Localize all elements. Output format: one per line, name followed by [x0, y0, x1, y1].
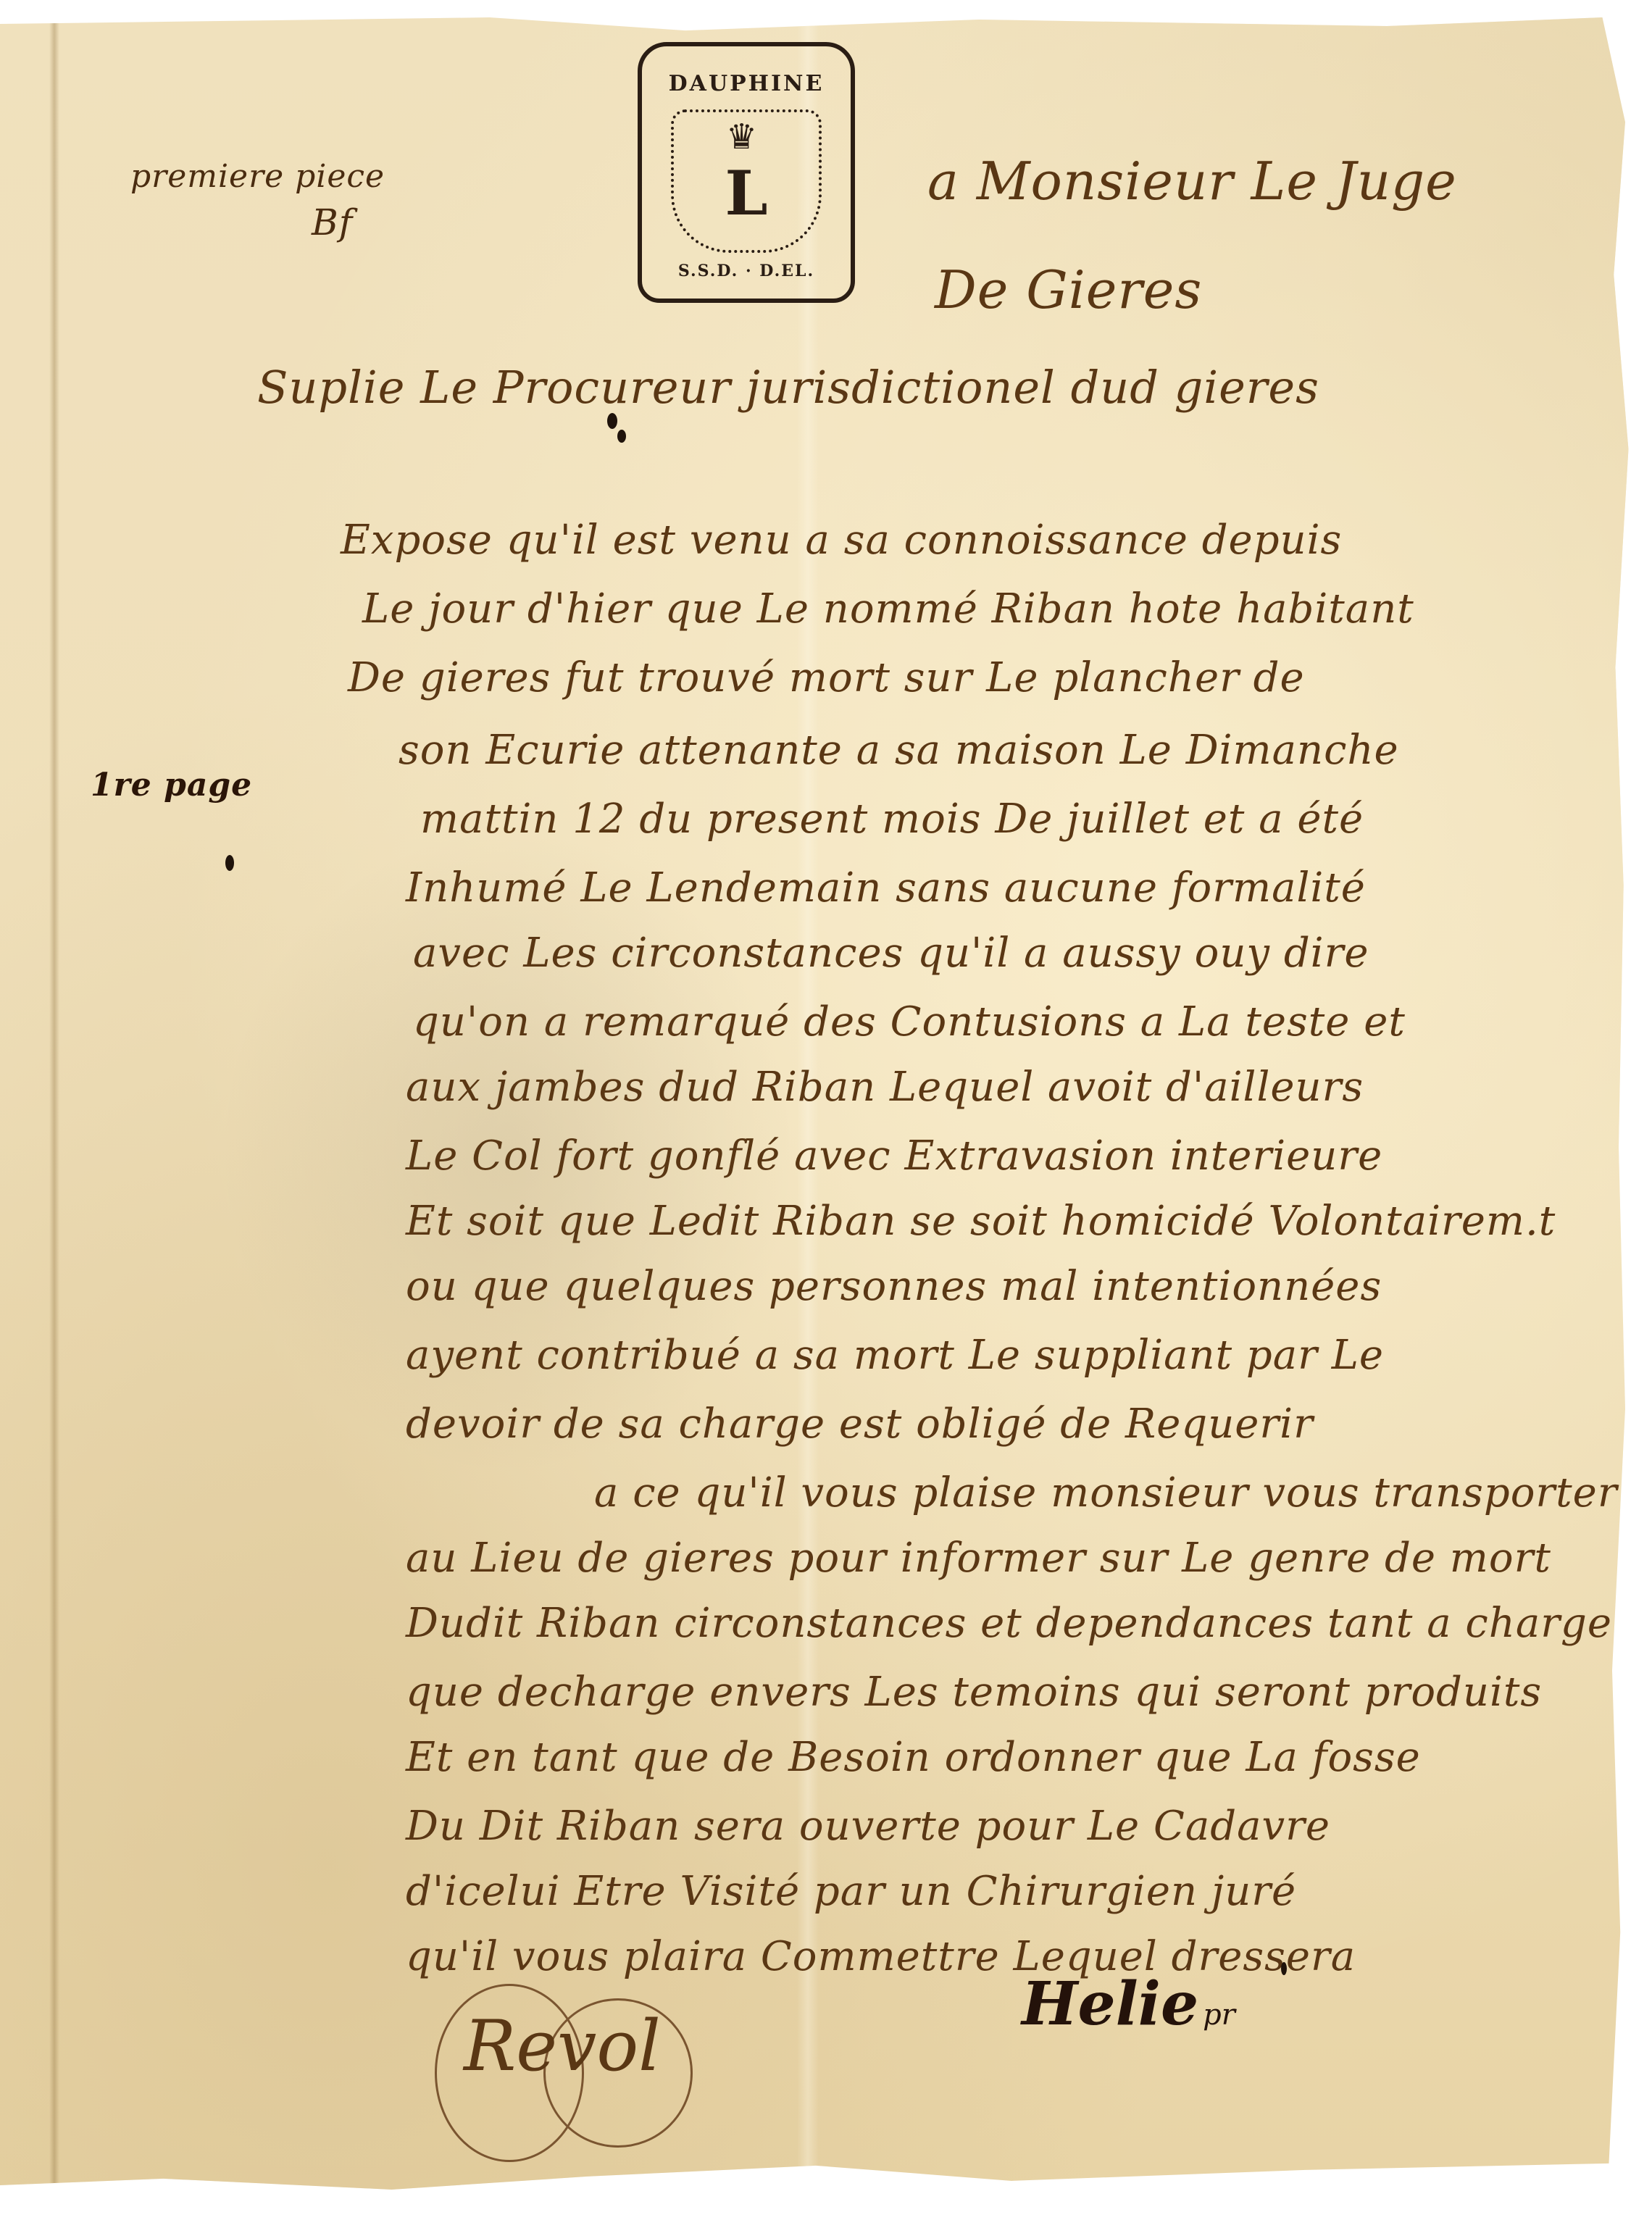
signature-right-suffix: pr — [1203, 1998, 1235, 2032]
body-line: Inhumé Le Lendemain sans aucune formalit… — [406, 864, 1366, 911]
signature-left: Revol — [435, 1955, 739, 2172]
fold-crease-left — [49, 20, 59, 2187]
body-line: De gieres fut trouvé mort sur Le planche… — [348, 654, 1305, 701]
body-line: d'icelui Etre Visité par un Chirurgien j… — [406, 1868, 1296, 1915]
body-line: Suplie Le Procureur jurisdictionel dud g… — [257, 361, 1319, 414]
body-line: devoir de sa charge est obligé de Requer… — [406, 1401, 1314, 1448]
body-line: ayent contribué a sa mort Le suppliant p… — [406, 1332, 1384, 1379]
margin-initials: Bf — [312, 201, 353, 243]
body-line: avec Les circonstances qu'il a aussy ouy… — [413, 930, 1369, 977]
manuscript-page: DAUPHINE ♛ L S.S.D. · D.EL. premiere pie… — [0, 13, 1632, 2194]
stamp-monogram: L — [674, 163, 819, 224]
ink-blot — [225, 855, 234, 871]
address-line-2: De Gieres — [935, 259, 1202, 320]
margin-note-page-number: 1re page — [91, 767, 252, 804]
body-line: mattin 12 du present mois De juillet et … — [420, 796, 1364, 843]
crown-icon: ♛ — [726, 120, 757, 154]
body-line: ou que quelques personnes mal intentionn… — [406, 1263, 1382, 1310]
body-line: a ce qu'il vous plaise monsieur vous tra… — [594, 1469, 1618, 1516]
ink-blot — [617, 430, 626, 443]
margin-note-premiere-piece: premiere piece — [130, 158, 385, 195]
dauphine-tax-stamp: DAUPHINE ♛ L S.S.D. · D.EL. — [638, 42, 855, 303]
body-line: Et soit que Ledit Riban se soit homicidé… — [406, 1198, 1556, 1245]
body-line: Dudit Riban circonstances et dependances… — [406, 1600, 1612, 1647]
body-line: Expose qu'il est venu a sa connoissance … — [341, 517, 1342, 564]
ink-blot — [607, 413, 617, 429]
signature-right-name: Helie — [1022, 1969, 1198, 2039]
signature-right: Heliepr — [1022, 1969, 1235, 2039]
body-line: Du Dit Riban sera ouverte pour Le Cadavr… — [406, 1803, 1330, 1850]
address-line-1: a Monsieur Le Juge — [927, 151, 1457, 212]
stamp-title: DAUPHINE — [642, 71, 851, 96]
body-line: qu'on a remarqué des Contusions a La tes… — [413, 998, 1406, 1046]
stamp-shield: ♛ L — [671, 109, 822, 253]
body-line: son Ecurie attenante a sa maison Le Dima… — [399, 727, 1399, 774]
body-line: au Lieu de gieres pour informer sur Le g… — [406, 1535, 1551, 1582]
body-line: Le Col fort gonflé avec Extravasion inte… — [406, 1132, 1382, 1180]
body-line: Et en tant que de Besoin ordonner que La… — [406, 1734, 1421, 1781]
stamp-footer: S.S.D. · D.EL. — [642, 262, 851, 280]
body-line: Le jour d'hier que Le nommé Riban hote h… — [362, 585, 1414, 633]
body-line: aux jambes dud Riban Lequel avoit d'aill… — [406, 1064, 1364, 1111]
signature-left-name: Revol — [464, 2006, 661, 2087]
body-line: que decharge envers Les temoins qui sero… — [406, 1669, 1542, 1716]
ink-blot — [1281, 1962, 1287, 1975]
